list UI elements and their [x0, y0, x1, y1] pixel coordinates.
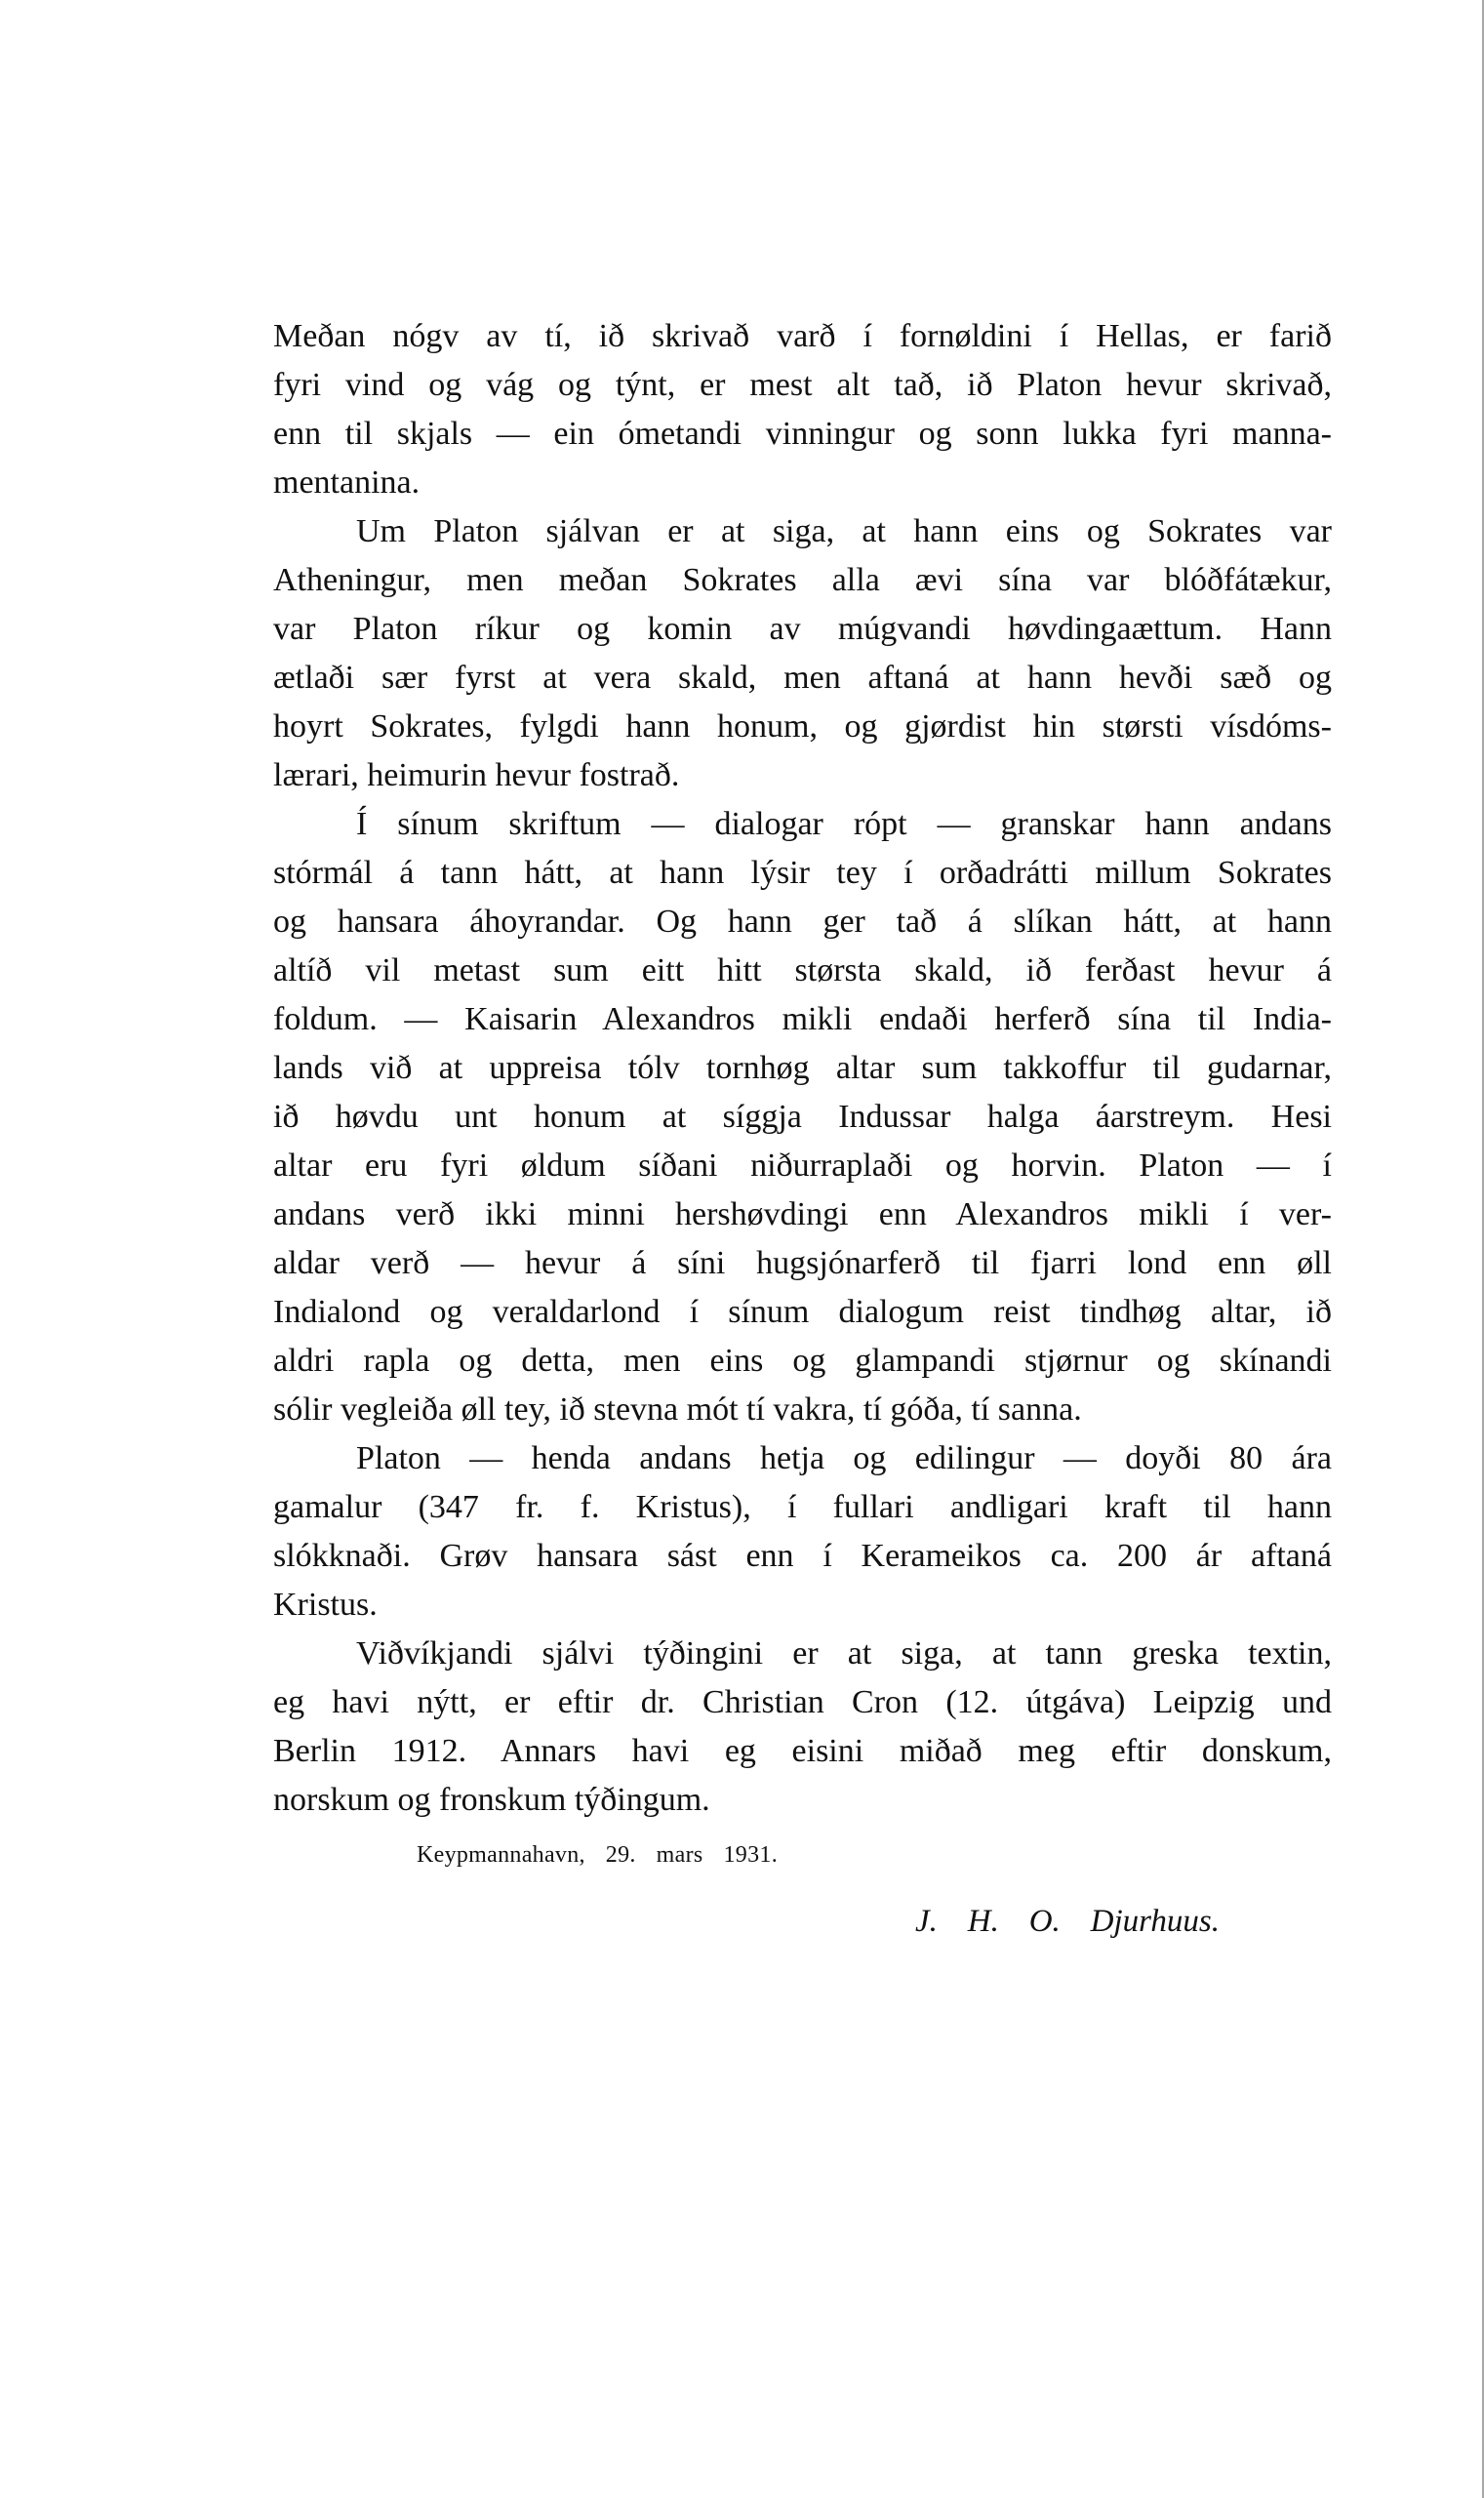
text-line: ið høvdu unt honum at síggja Indussar ha… — [273, 1093, 1332, 1142]
text-line: Viðvíkjandi sjálvi týðingini er at siga,… — [273, 1630, 1332, 1678]
body-text: Meðan nógv av tí, ið skrivað varð í forn… — [273, 312, 1332, 1825]
text-line: Indialond og veraldarlond í sínum dialog… — [273, 1288, 1332, 1337]
text-line: gamalur (347 fr. f. Kristus), í fullari … — [273, 1483, 1332, 1532]
text-line: foldum. — Kaisarin Alexandros mikli enda… — [273, 995, 1332, 1044]
text-line: Um Platon sjálvan er at siga, at hann ei… — [273, 507, 1332, 556]
text-line: hoyrt Sokrates, fylgdi hann honum, og gj… — [273, 703, 1332, 751]
text-line: slókknaði. Grøv hansara sást enn í Keram… — [273, 1532, 1332, 1581]
paragraph: Meðan nógv av tí, ið skrivað varð í forn… — [273, 312, 1332, 507]
text-line: altar eru fyri øldum síðani niðurraplaði… — [273, 1142, 1332, 1190]
text-line: Í sínum skriftum — dialogar rópt — grans… — [273, 800, 1332, 849]
text-line: sólir vegleiða øll tey, ið stevna mót tí… — [273, 1386, 1332, 1434]
text-line: altíð vil metast sum eitt hitt størsta s… — [273, 947, 1332, 995]
paragraph: Viðvíkjandi sjálvi týðingini er at siga,… — [273, 1630, 1332, 1825]
text-line: enn til skjals — ein ómetandi vinningur … — [273, 410, 1332, 459]
text-line: stórmál á tann hátt, at hann lýsir tey í… — [273, 849, 1332, 898]
text-line: Meðan nógv av tí, ið skrivað varð í forn… — [273, 312, 1332, 361]
text-line: og hansara áhoyrandar. Og hann ger tað á… — [273, 898, 1332, 947]
text-line: Berlin 1912. Annars havi eg eisini miðað… — [273, 1727, 1332, 1776]
text-line: Kristus. — [273, 1581, 1332, 1630]
text-line: aldar verð — hevur á síni hugsjónarferð … — [273, 1239, 1332, 1288]
text-line: ætlaði sær fyrst at vera skald, men afta… — [273, 654, 1332, 703]
text-line: fyri vind og vág og týnt, er mest alt ta… — [273, 361, 1332, 410]
text-line: mentanina. — [273, 459, 1332, 507]
paragraph: Um Platon sjálvan er at siga, at hann ei… — [273, 507, 1332, 800]
paragraph: Platon — henda andans hetja og edilingur… — [273, 1434, 1332, 1630]
text-line: lands við at uppreisa tólv tornhøg altar… — [273, 1044, 1332, 1093]
text-line: andans verð ikki minni hershøvdingi enn … — [273, 1190, 1332, 1239]
text-line: Platon — henda andans hetja og edilingur… — [273, 1434, 1332, 1483]
dateline: Keypmannahavn, 29. mars 1931. — [417, 1840, 778, 1870]
text-line: var Platon ríkur og komin av múgvandi hø… — [273, 605, 1332, 654]
paragraph: Í sínum skriftum — dialogar rópt — grans… — [273, 800, 1332, 1434]
text-line: lærari, heimurin hevur fostrað. — [273, 751, 1332, 800]
text-line: aldri rapla og detta, men eins og glampa… — [273, 1337, 1332, 1386]
text-line: Atheningur, men meðan Sokrates alla ævi … — [273, 556, 1332, 605]
text-line: norskum og fronskum týðingum. — [273, 1776, 1332, 1825]
text-line: eg havi nýtt, er eftir dr. Christian Cro… — [273, 1678, 1332, 1727]
signature: J. H. O. Djurhuus. — [915, 1901, 1220, 1942]
